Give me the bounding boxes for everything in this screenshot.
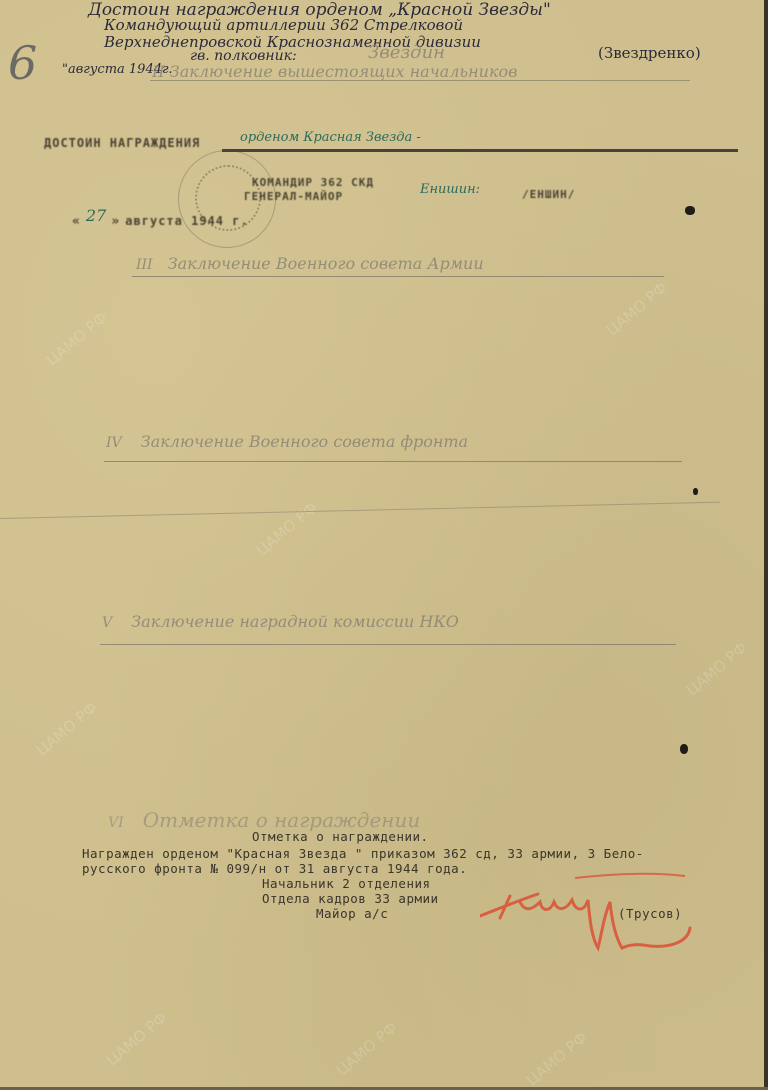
underline <box>132 276 664 277</box>
watermark: ЦАМО РФ <box>103 1009 171 1070</box>
division-commander-rank: ГЕНЕРАЛ-МАЙОР <box>244 190 343 203</box>
watermark: ЦАМО РФ <box>603 279 671 340</box>
underline <box>104 461 682 462</box>
red-signature-icon <box>480 872 700 952</box>
date-quote-open: « <box>72 214 81 229</box>
section-v: V Заключение наградной комиссии НКО <box>102 612 459 631</box>
watermark: ЦАМО РФ <box>333 1019 401 1080</box>
section-heading-ii: II Заключение вышестоящих начальников <box>152 62 517 81</box>
ink-blot <box>685 206 695 215</box>
section-number: III <box>136 257 153 273</box>
award-decision-label: ДОСТОИН НАГРАЖДЕНИЯ <box>44 136 200 150</box>
ink-mark <box>693 488 698 495</box>
award-note-title: Отметка о награждении. <box>252 829 429 844</box>
award-decision-value: орденом Красная Звезда - <box>240 130 421 145</box>
watermark: ЦАМО РФ <box>523 1029 591 1090</box>
section-number: V <box>102 615 112 631</box>
section-title: Заключение Военного совета фронта <box>141 432 468 451</box>
date-day: 27 <box>86 206 106 225</box>
date-quote-close: » <box>111 214 120 229</box>
scan-edge-right <box>764 0 768 1090</box>
signer-position-line-2: Отдела кадров 33 армии <box>262 891 439 906</box>
award-decision-date: « 27 » августа 1944 г. <box>72 210 249 229</box>
signer-rank: Майор а/с <box>316 906 388 921</box>
ink-blot <box>680 744 688 754</box>
commander-signature: Звездин <box>368 42 445 63</box>
signer-position-line-1: Начальник 2 отделения <box>262 876 431 891</box>
section-title: Заключение Военного совета Армии <box>168 254 484 273</box>
section-number: VI <box>108 815 124 831</box>
date-rest: августа 1944 г. <box>125 214 248 228</box>
underline <box>150 80 690 81</box>
watermark: ЦАМО РФ <box>33 699 101 760</box>
page-number: 6 <box>8 36 37 90</box>
watermark: ЦАМО РФ <box>43 309 111 370</box>
recommendation-line-2: Командующий артиллерии 362 Стрелковой <box>104 16 463 34</box>
award-note-line-1: Награжден орденом "Красная Звезда " прик… <box>82 846 644 861</box>
underline <box>100 644 676 645</box>
award-note-line-2: русского фронта № 099/н от 31 августа 19… <box>82 861 467 876</box>
division-commander-name: /ЕНШИН/ <box>522 188 575 201</box>
division-commander-position: КОМАНДИР 362 СКД <box>252 176 374 189</box>
award-decision-underline <box>222 149 738 152</box>
section-number: IV <box>106 435 122 451</box>
section-iii: III Заключение Военного совета Армии <box>136 254 484 273</box>
watermark: ЦАМО РФ <box>683 639 751 700</box>
division-commander-signature: Енишин: <box>420 182 480 197</box>
watermark: ЦАМО РФ <box>253 499 321 560</box>
section-iv: IV Заключение Военного совета фронта <box>106 432 468 451</box>
signer-name: (Звездренко) <box>598 44 701 62</box>
pencil-stroke <box>0 502 720 519</box>
section-title: Заключение наградной комиссии НКО <box>131 612 459 631</box>
